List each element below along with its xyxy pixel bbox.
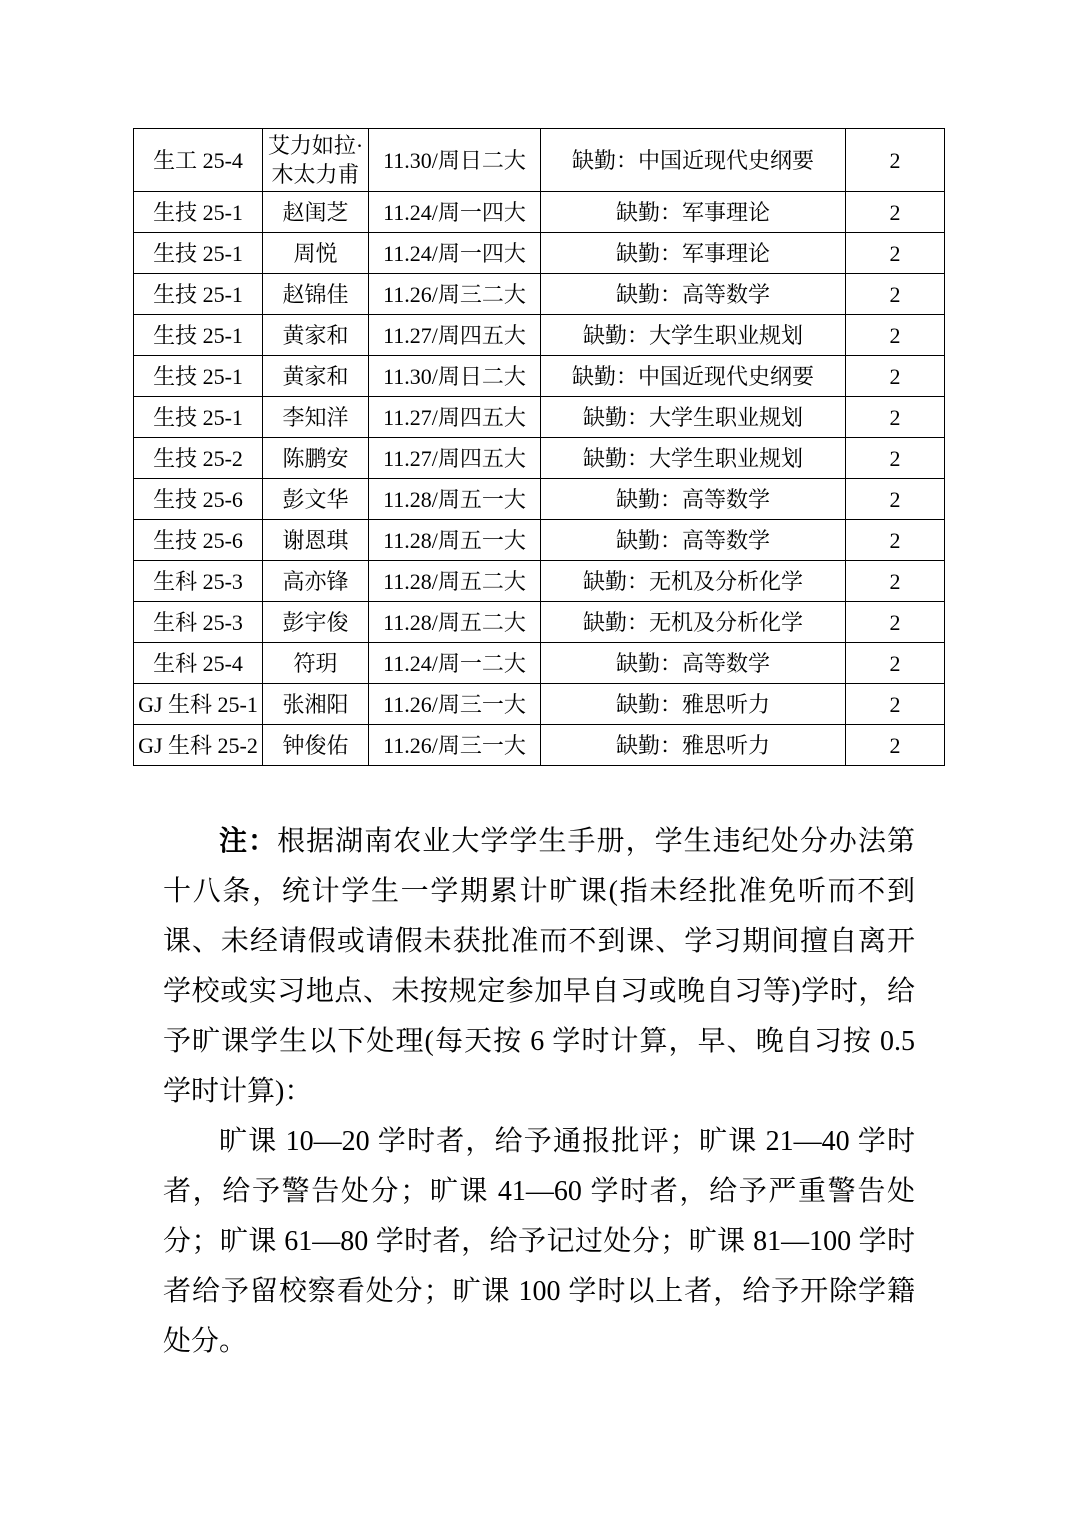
cell-class: 生技 25-1 [134,233,263,274]
cell-hours: 2 [846,315,945,356]
table-row: 生技 25-1 李知洋 11.27/周四五大 缺勤：大学生职业规划 2 [134,397,945,438]
cell-name: 艾力如拉·木太力甫 [263,129,369,192]
cell-name: 张湘阳 [263,684,369,725]
cell-name: 陈鹏安 [263,438,369,479]
table-row: 生技 25-6 谢恩琪 11.28/周五一大 缺勤：高等数学 2 [134,520,945,561]
cell-class: 生技 25-1 [134,192,263,233]
cell-hours: 2 [846,602,945,643]
cell-reason: 缺勤：大学生职业规划 [541,438,846,479]
note-label: 注： [219,826,277,857]
cell-reason: 缺勤：中国近现代史纲要 [541,356,846,397]
cell-hours: 2 [846,520,945,561]
cell-name: 钟俊佑 [263,725,369,766]
cell-name: 黄家和 [263,356,369,397]
cell-date: 11.28/周五一大 [369,520,541,561]
cell-hours: 2 [846,356,945,397]
cell-date: 11.24/周一四大 [369,192,541,233]
cell-name: 谢恩琪 [263,520,369,561]
absence-table-body: 生工 25-4 艾力如拉·木太力甫 11.30/周日二大 缺勤：中国近现代史纲要… [134,129,945,766]
cell-date: 11.26/周三二大 [369,274,541,315]
cell-name: 周悦 [263,233,369,274]
cell-class: 生工 25-4 [134,129,263,192]
note-paragraph-1-text: 根据湖南农业大学学生手册，学生违纪处分办法第十八条，统计学生一学期累计旷课(指未… [163,826,915,1107]
table-row: 生技 25-1 周悦 11.24/周一四大 缺勤：军事理论 2 [134,233,945,274]
cell-class: 生技 25-1 [134,315,263,356]
cell-reason: 缺勤：雅思听力 [541,725,846,766]
cell-date: 11.26/周三一大 [369,684,541,725]
cell-hours: 2 [846,561,945,602]
table-row: 生技 25-1 赵锦佳 11.26/周三二大 缺勤：高等数学 2 [134,274,945,315]
notes-section: 注：根据湖南农业大学学生手册，学生违纪处分办法第十八条，统计学生一学期累计旷课(… [163,817,915,1367]
cell-date: 11.24/周一四大 [369,233,541,274]
document-page: 生工 25-4 艾力如拉·木太力甫 11.30/周日二大 缺勤：中国近现代史纲要… [0,0,1074,1520]
cell-hours: 2 [846,725,945,766]
note-paragraph-1: 注：根据湖南农业大学学生手册，学生违纪处分办法第十八条，统计学生一学期累计旷课(… [163,817,915,1117]
table-row: 生技 25-2 陈鹏安 11.27/周四五大 缺勤：大学生职业规划 2 [134,438,945,479]
cell-date: 11.30/周日二大 [369,356,541,397]
cell-name: 赵闺芝 [263,192,369,233]
cell-reason: 缺勤：雅思听力 [541,684,846,725]
note-paragraph-2: 旷课 10—20 学时者，给予通报批评；旷课 21—40 学时者，给予警告处分；… [163,1117,915,1367]
cell-date: 11.27/周四五大 [369,315,541,356]
cell-name: 黄家和 [263,315,369,356]
cell-reason: 缺勤：中国近现代史纲要 [541,129,846,192]
table-row: 生科 25-3 彭宇俊 11.28/周五二大 缺勤：无机及分析化学 2 [134,602,945,643]
cell-hours: 2 [846,129,945,192]
cell-class: GJ 生科 25-1 [134,684,263,725]
cell-class: 生技 25-1 [134,397,263,438]
table-row: GJ 生科 25-2 钟俊佑 11.26/周三一大 缺勤：雅思听力 2 [134,725,945,766]
cell-hours: 2 [846,397,945,438]
cell-date: 11.28/周五二大 [369,561,541,602]
table-row: 生技 25-1 黄家和 11.30/周日二大 缺勤：中国近现代史纲要 2 [134,356,945,397]
cell-reason: 缺勤：高等数学 [541,643,846,684]
cell-reason: 缺勤：高等数学 [541,274,846,315]
cell-name: 高亦锋 [263,561,369,602]
cell-reason: 缺勤：军事理论 [541,233,846,274]
table-row: 生技 25-1 赵闺芝 11.24/周一四大 缺勤：军事理论 2 [134,192,945,233]
cell-name: 彭文华 [263,479,369,520]
cell-reason: 缺勤：军事理论 [541,192,846,233]
cell-date: 11.27/周四五大 [369,438,541,479]
cell-class: 生科 25-3 [134,602,263,643]
cell-date: 11.28/周五一大 [369,479,541,520]
cell-class: 生技 25-1 [134,274,263,315]
cell-reason: 缺勤：大学生职业规划 [541,315,846,356]
cell-date: 11.30/周日二大 [369,129,541,192]
cell-name: 赵锦佳 [263,274,369,315]
cell-reason: 缺勤：高等数学 [541,479,846,520]
cell-class: 生科 25-3 [134,561,263,602]
cell-class: 生科 25-4 [134,643,263,684]
cell-name: 李知洋 [263,397,369,438]
cell-hours: 2 [846,684,945,725]
cell-hours: 2 [846,643,945,684]
table-row: 生科 25-4 符玥 11.24/周一二大 缺勤：高等数学 2 [134,643,945,684]
table-row: 生工 25-4 艾力如拉·木太力甫 11.30/周日二大 缺勤：中国近现代史纲要… [134,129,945,192]
cell-class: 生技 25-6 [134,479,263,520]
cell-date: 11.28/周五二大 [369,602,541,643]
cell-class: 生技 25-1 [134,356,263,397]
cell-class: 生技 25-2 [134,438,263,479]
cell-hours: 2 [846,274,945,315]
cell-name: 符玥 [263,643,369,684]
cell-hours: 2 [846,192,945,233]
cell-hours: 2 [846,438,945,479]
table-row: 生技 25-1 黄家和 11.27/周四五大 缺勤：大学生职业规划 2 [134,315,945,356]
cell-date: 11.26/周三一大 [369,725,541,766]
table-row: 生科 25-3 高亦锋 11.28/周五二大 缺勤：无机及分析化学 2 [134,561,945,602]
cell-reason: 缺勤：无机及分析化学 [541,602,846,643]
cell-hours: 2 [846,479,945,520]
cell-class: GJ 生科 25-2 [134,725,263,766]
absence-table: 生工 25-4 艾力如拉·木太力甫 11.30/周日二大 缺勤：中国近现代史纲要… [133,128,945,766]
cell-name: 彭宇俊 [263,602,369,643]
cell-date: 11.24/周一二大 [369,643,541,684]
table-row: 生技 25-6 彭文华 11.28/周五一大 缺勤：高等数学 2 [134,479,945,520]
cell-hours: 2 [846,233,945,274]
cell-date: 11.27/周四五大 [369,397,541,438]
cell-class: 生技 25-6 [134,520,263,561]
cell-reason: 缺勤：无机及分析化学 [541,561,846,602]
table-row: GJ 生科 25-1 张湘阳 11.26/周三一大 缺勤：雅思听力 2 [134,684,945,725]
cell-reason: 缺勤：大学生职业规划 [541,397,846,438]
cell-reason: 缺勤：高等数学 [541,520,846,561]
